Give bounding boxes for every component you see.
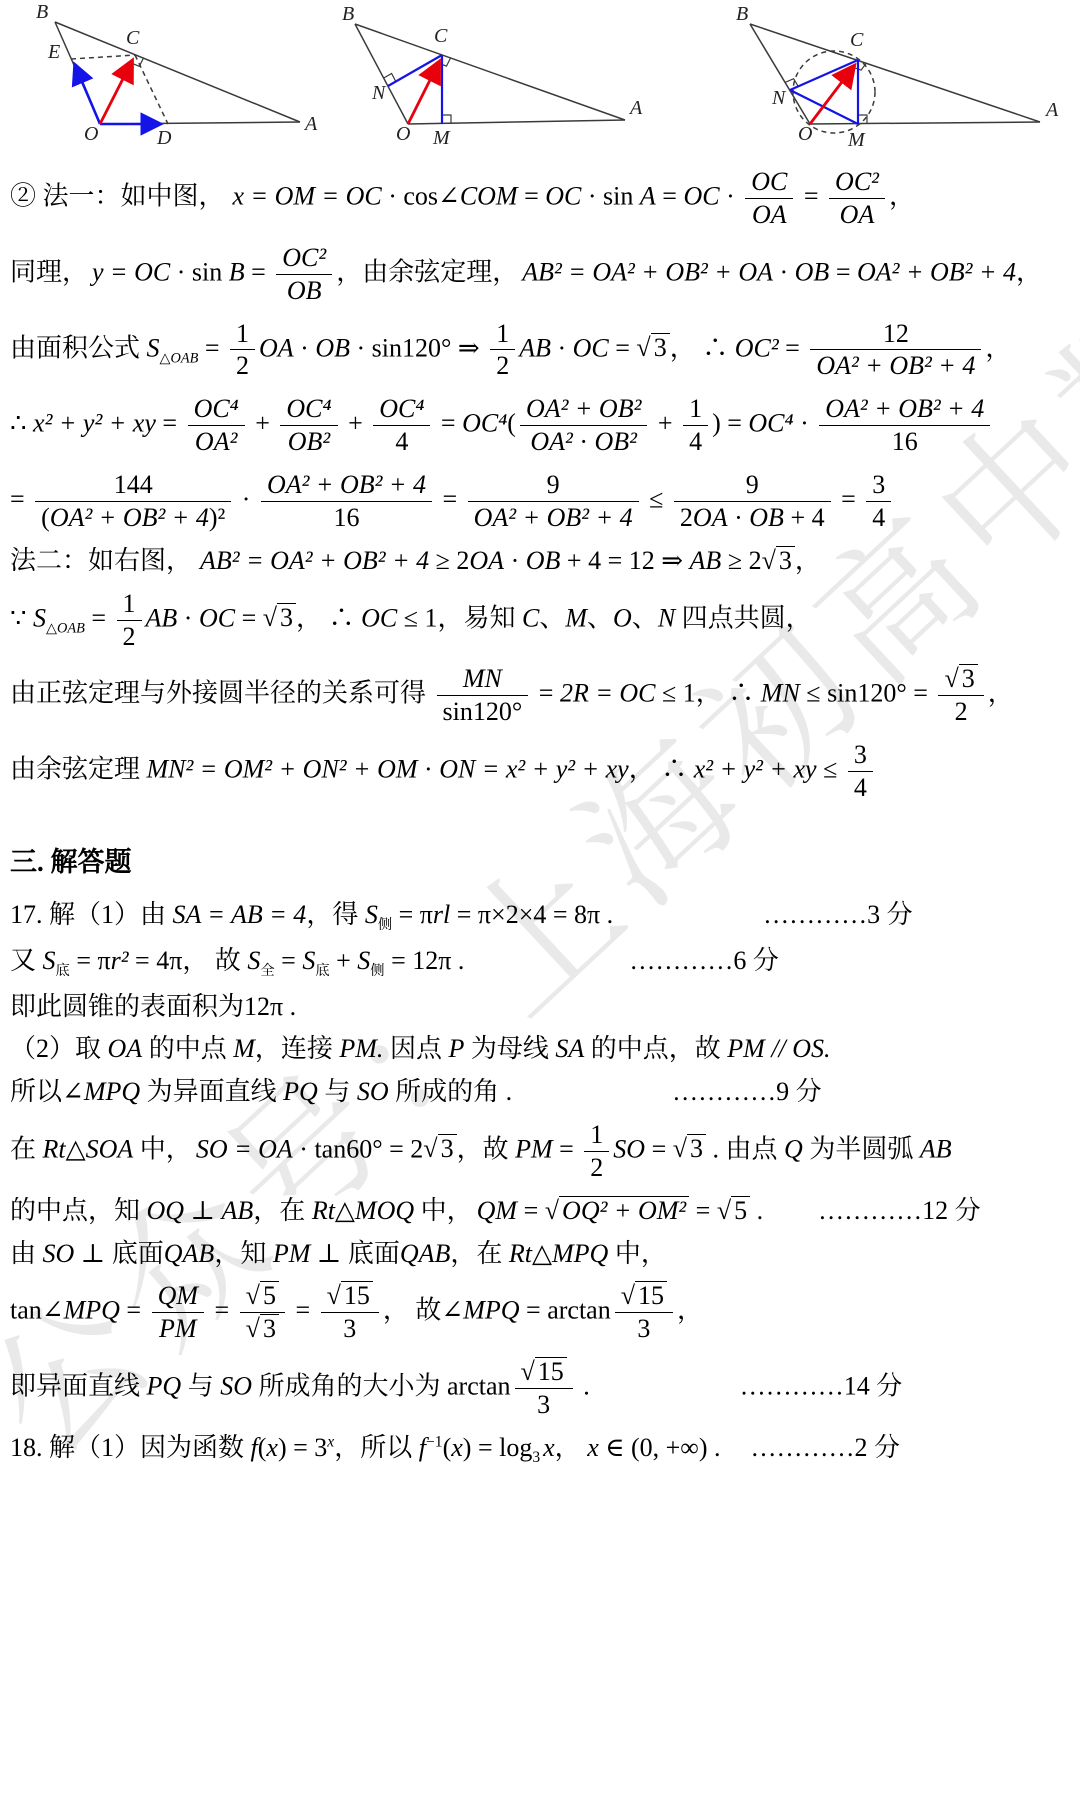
text-token: △ [66, 1134, 86, 1163]
text-token: COM [460, 181, 518, 210]
text-token: 法二：如右图， [10, 546, 192, 575]
text-token: . [577, 1372, 590, 1401]
text-token: = [198, 333, 226, 362]
denominator: 3 [515, 1389, 573, 1420]
text-token: AB [920, 1134, 952, 1163]
text-token: 由余弦定理 [10, 755, 147, 784]
text-token: ∴ [722, 679, 761, 708]
formula-line-19: tan∠MPQ = QMPM = √5√3 = √153， 故∠MPQ = ar… [10, 1279, 1074, 1346]
label-B: B [36, 2, 48, 23]
text-token: ，故 [457, 1134, 516, 1163]
text-token: 2 [590, 1153, 603, 1182]
text-token: 所成角的大小为 [252, 1372, 447, 1401]
text-token: ， [988, 679, 1014, 708]
formula-line-17: 的中点，知 OQ ⊥ AB，在 Rt△MOQ 中，QM = √OQ² + OM²… [10, 1194, 1074, 1228]
text-token: Rt [312, 1196, 335, 1225]
text-token: · tan60° = 2 [293, 1134, 423, 1163]
text-token: 三. 解答题 [10, 847, 132, 877]
text-token: SOA [86, 1134, 134, 1163]
text-token: + [651, 409, 679, 438]
radical: √3 [263, 601, 296, 635]
radical: √3 [636, 331, 669, 365]
fraction: 12 [490, 319, 515, 382]
denominator: OA² + OB² + 4 [468, 502, 639, 533]
numerator: OC² [829, 167, 885, 199]
text-token: ，在 [253, 1196, 312, 1225]
fraction: 92OA · OB + 4 [674, 470, 831, 533]
numerator: 3 [866, 470, 891, 502]
text-token: ≤ sin120° = [800, 679, 935, 708]
text-token: = [517, 1196, 545, 1225]
text-token: 侧 [378, 917, 392, 933]
denominator: 4 [683, 426, 708, 457]
dashed-EC [71, 55, 135, 59]
text-token: · [573, 427, 595, 456]
label-B: B [342, 3, 354, 25]
text-token: = [434, 409, 462, 438]
text-token: · sin [581, 181, 640, 210]
denominator: 2 [584, 1152, 609, 1183]
text-token: OC [683, 181, 719, 210]
text-token: . [499, 1077, 512, 1106]
fraction: OA² + OB² + 416 [819, 394, 990, 457]
text-token: OA² + OB² + 4 [267, 470, 426, 499]
text-token: · [418, 755, 440, 784]
text-token: ≤ [643, 484, 670, 513]
radical: √15 [621, 1281, 667, 1311]
text-token: △OAB [46, 620, 85, 636]
text-token: · [294, 333, 316, 362]
text-token: 解（1）因为函数 [49, 1433, 251, 1462]
text-token: OA² + OB² + 4 [474, 503, 633, 532]
text-token: 2 [236, 351, 249, 380]
numerator: OA² + OB² + 4 [261, 470, 432, 502]
fraction: √32 [938, 664, 983, 727]
text-token: 所成的角 [389, 1077, 500, 1106]
text-token: 17. [10, 900, 49, 929]
radical-sign: √ [521, 1357, 535, 1387]
formula-line-2: 同理，y = OC · sin B = OC²OB，由余弦定理，AB² = OA… [10, 241, 1074, 308]
text-token: Rt [43, 1134, 66, 1163]
text-token: OC [199, 603, 235, 632]
fraction: OC⁴OB² [280, 394, 337, 457]
text-token: = [829, 257, 857, 286]
text-token: O [613, 603, 632, 632]
text-token: 3 [637, 1314, 650, 1343]
radical-sign: √ [944, 664, 958, 694]
text-token: = [10, 484, 31, 513]
text-token: 底面 [112, 1239, 164, 1268]
text-token: · [773, 257, 795, 286]
text-token: = [779, 333, 807, 362]
text-token: = [275, 946, 303, 975]
label-B: B [736, 3, 748, 25]
text-token: OA² + OB² [526, 394, 641, 423]
text-token: · [728, 503, 750, 532]
text-token: 2 [496, 351, 509, 380]
text-token: ≤ [817, 755, 844, 784]
text-token: 2 [680, 503, 693, 532]
text-token: PM [273, 1239, 311, 1268]
label-M: M [432, 127, 451, 149]
fraction: √153 [321, 1281, 379, 1344]
text-token: 3 [280, 603, 293, 632]
numerator: OC [745, 167, 793, 199]
radicand: 3 [687, 1134, 706, 1164]
vector-OE [75, 65, 100, 124]
text-token: · sin120° ⇒ [350, 333, 486, 362]
numerator: √3 [938, 664, 983, 696]
text-token: + 4 [784, 503, 825, 532]
text-token: OB [749, 503, 784, 532]
figure-vectors: B E C O D A [0, 2, 330, 154]
text-token: SA [555, 1034, 584, 1063]
text-token: B [229, 257, 245, 286]
text-token: 、 [539, 603, 565, 632]
radical: √3 [423, 1132, 456, 1166]
text-token: 9 [547, 470, 560, 499]
text-token: ， 故 [383, 1296, 442, 1325]
numerator: OC⁴ [373, 394, 430, 426]
numerator: OA² + OB² + 4 [819, 394, 990, 426]
text-token: M [233, 1034, 255, 1063]
text-token: = [609, 333, 637, 362]
formula-line-18: 由 SO ⊥ 底面QAB，知 PM ⊥ 底面QAB，在 Rt△MPQ 中， [10, 1237, 1074, 1271]
text-token: ) = log [463, 1433, 533, 1462]
label-A: A [1044, 99, 1059, 121]
text-token: OA² [530, 427, 572, 456]
text-token: OA [469, 546, 504, 575]
text-token: 16 [333, 503, 359, 532]
text-token: ，连接 [255, 1034, 340, 1063]
text-token: OA [752, 200, 787, 229]
text-token: △ [335, 1196, 355, 1225]
fraction: OA² + OB² + 416 [261, 470, 432, 533]
text-token: 15 [538, 1357, 564, 1386]
text-token: 4 [854, 773, 867, 802]
text-token: OA² [195, 427, 237, 456]
numerator: 3 [848, 740, 873, 772]
text-token: x [266, 1433, 278, 1462]
text-token: ≤ 1 [397, 603, 437, 632]
text-token: 3 [537, 1390, 550, 1419]
formula-line-21: 18. 解（1）因为函数 f(x) = 3x，所以 f−1(x) = log3x… [10, 1431, 1074, 1468]
numerator: OC⁴ [188, 394, 245, 426]
text-token: ∈ (0, +∞) . [599, 1433, 721, 1462]
text-token: 的中点，知 [10, 1196, 147, 1225]
radical-sign: √ [246, 1281, 260, 1311]
text-token: . [750, 1196, 763, 1225]
text-token: arctan [447, 1372, 511, 1401]
text-token: 2R = OC [560, 679, 656, 708]
text-token: 3 [779, 546, 792, 575]
denominator: 4 [866, 502, 891, 533]
fraction: OCOA [745, 167, 793, 230]
text-token: ，知 [214, 1239, 273, 1268]
text-token: ， [296, 603, 322, 632]
text-token: 9 [746, 470, 759, 499]
text-token: r² [111, 946, 129, 975]
text-token: ， [795, 546, 821, 575]
text-token: OC² [735, 333, 779, 362]
formula-line-3: 由面积公式 S△OAB = 12OA · OB · sin120° ⇒ 12AB… [10, 317, 1074, 384]
figure-concyclic: B C N O M A [650, 2, 1080, 154]
text-token: 4 [689, 427, 702, 456]
text-token: …………3 分 [763, 900, 913, 929]
text-token: △OAB [160, 350, 199, 366]
text-token: OB [795, 257, 830, 286]
text-token: OC⁴ [462, 409, 507, 438]
text-token: · [794, 409, 816, 438]
text-token: OB² [595, 427, 637, 456]
figure-row: B E C O D A B C N O M A [0, 2, 1080, 154]
fraction: MNsin120° [437, 664, 529, 727]
text-token: ，由余弦定理， [336, 257, 518, 286]
text-token: S [33, 603, 46, 632]
text-token: // [765, 1034, 792, 1063]
text-token: = [208, 1296, 236, 1325]
text-token: OA² + OB² + 4 [825, 394, 984, 423]
text-token: 3 [854, 740, 867, 769]
text-token: ，易知 [437, 603, 522, 632]
formula-line-15: 所以∠MPQ 为异面直线 PQ 与 SO 所成的角 .…………9 分 [10, 1075, 1074, 1109]
radical: √3 [944, 664, 977, 694]
text-token: = 4π [129, 946, 183, 975]
text-token: N [658, 603, 675, 632]
text-token: OC⁴ [379, 394, 424, 423]
text-token: ∴ [655, 755, 694, 784]
text-token: OA² + OB² + 4 [857, 257, 1016, 286]
radicand: 3 [959, 664, 978, 694]
text-token: MPQ [84, 1077, 140, 1106]
text-token: AB [519, 333, 551, 362]
text-token: ∠ [441, 1296, 463, 1325]
right-angle-at-C [438, 58, 451, 66]
denominator: (OA² + OB² + 4)² [35, 502, 231, 533]
text-token: AB² = OA² + OB² + 4 [200, 546, 429, 575]
formula-line-12: 又 S底 = πr² = 4π， 故 S全 = S底 + S侧 = 12π .…… [10, 944, 1074, 981]
vector-OC [810, 66, 854, 124]
denominator: OA² · OB² [520, 426, 647, 457]
text-token: AB² = OA² + OB² + OA [522, 257, 773, 286]
label-D: D [156, 127, 172, 149]
text-token: P [448, 1034, 464, 1063]
text-token: = [289, 1296, 317, 1325]
label-C: C [126, 27, 140, 49]
text-token: Q [784, 1134, 803, 1163]
fraction: 12OA² + OB² + 4 [810, 319, 981, 382]
text-token: 为母线 [464, 1034, 555, 1063]
text-token: tan∠ [10, 1296, 64, 1325]
text-token: OC⁴ [748, 409, 793, 438]
text-token: PM [515, 1134, 553, 1163]
text-token: 解（1）由 [49, 900, 173, 929]
side-BA [355, 24, 625, 120]
text-token: QAB [164, 1239, 215, 1268]
formula-line-9: 由余弦定理 MN² = OM² + ON² + OM · ON = x² + y… [10, 738, 1074, 805]
text-token: 即异面直线 [10, 1372, 147, 1401]
radicand: 15 [535, 1357, 567, 1387]
text-token: S [365, 900, 378, 929]
label-O: O [84, 123, 98, 145]
text-token: △ [532, 1239, 552, 1268]
denominator: 2 [117, 621, 142, 652]
text-token: MN [463, 664, 502, 693]
text-token: ， [677, 1296, 703, 1325]
numerator: 144 [35, 470, 231, 502]
radical: √5 [717, 1194, 750, 1228]
text-token: 的中点，故 [584, 1034, 727, 1063]
radical: √15 [521, 1357, 567, 1387]
text-token: S [43, 946, 56, 975]
text-token: 由面积公式 [10, 333, 147, 362]
text-token: 3 [872, 470, 885, 499]
denominator: 16 [819, 426, 990, 457]
text-token: ， [889, 181, 915, 210]
text-token: ≤ 1 [655, 679, 695, 708]
text-token: ⊥ [74, 1239, 111, 1268]
text-token: 144 [114, 470, 153, 499]
text-token: OB [526, 546, 561, 575]
text-token: = [689, 1196, 717, 1225]
text-token: 所以 [10, 1077, 62, 1106]
text-token: ， [555, 1433, 588, 1462]
text-token: y = OC [92, 257, 170, 286]
text-token: · sin [170, 257, 229, 286]
fraction: QMPM [152, 1281, 204, 1344]
text-token: 1 [689, 394, 702, 423]
radical-sign: √ [621, 1281, 635, 1311]
text-token: −1 [426, 1433, 443, 1450]
formula-line-20: 即异面直线 PQ 与 SO 所成角的大小为 arctan√153 .…………14… [10, 1355, 1074, 1422]
vector-OC [100, 61, 132, 124]
fraction: OA² + OB²OA² · OB² [520, 394, 647, 457]
text-token: AB [146, 603, 178, 632]
radical-sign: √ [762, 544, 776, 578]
radicand: 3 [260, 1314, 279, 1344]
numerator: OA² + OB² [520, 394, 647, 426]
text-token: f [419, 1433, 426, 1462]
text-token: 在 [10, 1134, 43, 1163]
label-A: A [303, 113, 318, 135]
label-C: C [850, 29, 864, 51]
text-token: 12 [883, 319, 909, 348]
text-token: ∴ [696, 333, 735, 362]
text-token: ≥ 2 [429, 546, 469, 575]
text-token: …………6 分 [629, 946, 779, 975]
denominator: 2 [230, 350, 255, 381]
numerator: 1 [584, 1120, 609, 1152]
radical: √3 [246, 1314, 279, 1344]
radicand: 3 [277, 603, 296, 633]
fraction: 12 [584, 1120, 609, 1183]
text-token: · [504, 546, 526, 575]
text-token: OS. [792, 1034, 830, 1063]
text-token: SA = AB = 4 [173, 900, 307, 929]
text-token: 1 [496, 319, 509, 348]
text-token: 3 [654, 333, 667, 362]
text-token: SO [220, 1372, 252, 1401]
numerator: OC⁴ [280, 394, 337, 426]
text-token: （2）取 [10, 1034, 108, 1063]
numerator: 1 [683, 394, 708, 426]
radical-sign: √ [263, 601, 277, 635]
text-token: OA [840, 200, 875, 229]
text-token: QAB [400, 1239, 451, 1268]
text-token: 同理， [10, 257, 88, 286]
text-token: ，所以 [334, 1433, 419, 1462]
numerator: √5 [240, 1281, 285, 1313]
text-token: 4 [872, 503, 885, 532]
radical: √3 [762, 544, 795, 578]
text-token: S [357, 946, 370, 975]
formula-line-4: ∴ x² + y² + xy = OC⁴OA² + OC⁴OB² + OC⁴4 … [10, 392, 1074, 459]
formula-line-11: 17. 解（1）由 SA = AB = 4，得 S侧 = πrl = π×2×4… [10, 898, 1074, 935]
text-token: 底面 [348, 1239, 400, 1268]
text-token: ⊥ [310, 1239, 347, 1268]
text-token: . [706, 1134, 719, 1163]
radicand: 15 [341, 1281, 373, 1311]
denominator: OA [745, 199, 793, 230]
text-token: 为异面直线 [140, 1077, 283, 1106]
text-token: x [543, 1433, 555, 1462]
text-token: ( [41, 503, 50, 532]
text-token: SO [613, 1134, 645, 1163]
text-token: = π [70, 946, 111, 975]
text-token: · [177, 603, 199, 632]
text-token: OQ [147, 1196, 185, 1225]
text-token: ) = 3 [278, 1433, 327, 1462]
text-token: OC² [282, 243, 326, 272]
text-token: 15 [638, 1281, 664, 1310]
text-token: 1 [590, 1120, 603, 1149]
radicand: OQ² + OM² [559, 1196, 689, 1226]
formula-line-13: 即此圆锥的表面积为12π . [10, 990, 1074, 1024]
formula-line-7: ∵ S△OAB = 12AB · OC = √3， ∴ OC ≤ 1，易知 C、… [10, 587, 1074, 654]
radicand: 3 [438, 1134, 457, 1164]
text-token: ∠ [62, 1077, 84, 1106]
side-OA [408, 120, 625, 124]
fraction: 14 [683, 394, 708, 457]
text-token: OA [259, 333, 294, 362]
text-token: 2 [955, 697, 968, 726]
text-token: · [551, 333, 573, 362]
radical: √OQ² + OM² [545, 1194, 689, 1228]
numerator: √15 [515, 1357, 573, 1389]
solution-text: ② 法一：如中图，x = OM = OC · cos∠COM = OC · si… [0, 154, 1080, 1468]
text-token: 4 [395, 427, 408, 456]
radical: √3 [673, 1132, 706, 1166]
text-token: 、 [632, 603, 658, 632]
text-token: OC [361, 603, 397, 632]
page: { "watermark": {"text": "公众号：上海初高中数学"}, … [0, 0, 1080, 1793]
label-A: A [628, 97, 643, 119]
text-token: = [85, 603, 113, 632]
text-token: C [522, 603, 539, 632]
text-token: 3 [962, 664, 975, 693]
text-token: ∵ [10, 603, 33, 632]
text-token: )² [209, 503, 225, 532]
text-token: ⊥ [184, 1196, 221, 1225]
text-token: = [553, 1134, 581, 1163]
fraction: 9OA² + OB² + 4 [468, 470, 639, 533]
fraction: OC⁴4 [373, 394, 430, 457]
text-token: 3 [441, 1134, 454, 1163]
numerator: 9 [674, 470, 831, 502]
formula-line-1: ② 法一：如中图，x = OM = OC · cos∠COM = OC · si… [10, 165, 1074, 232]
text-token: = [656, 181, 684, 210]
text-token: OC² [835, 167, 879, 196]
